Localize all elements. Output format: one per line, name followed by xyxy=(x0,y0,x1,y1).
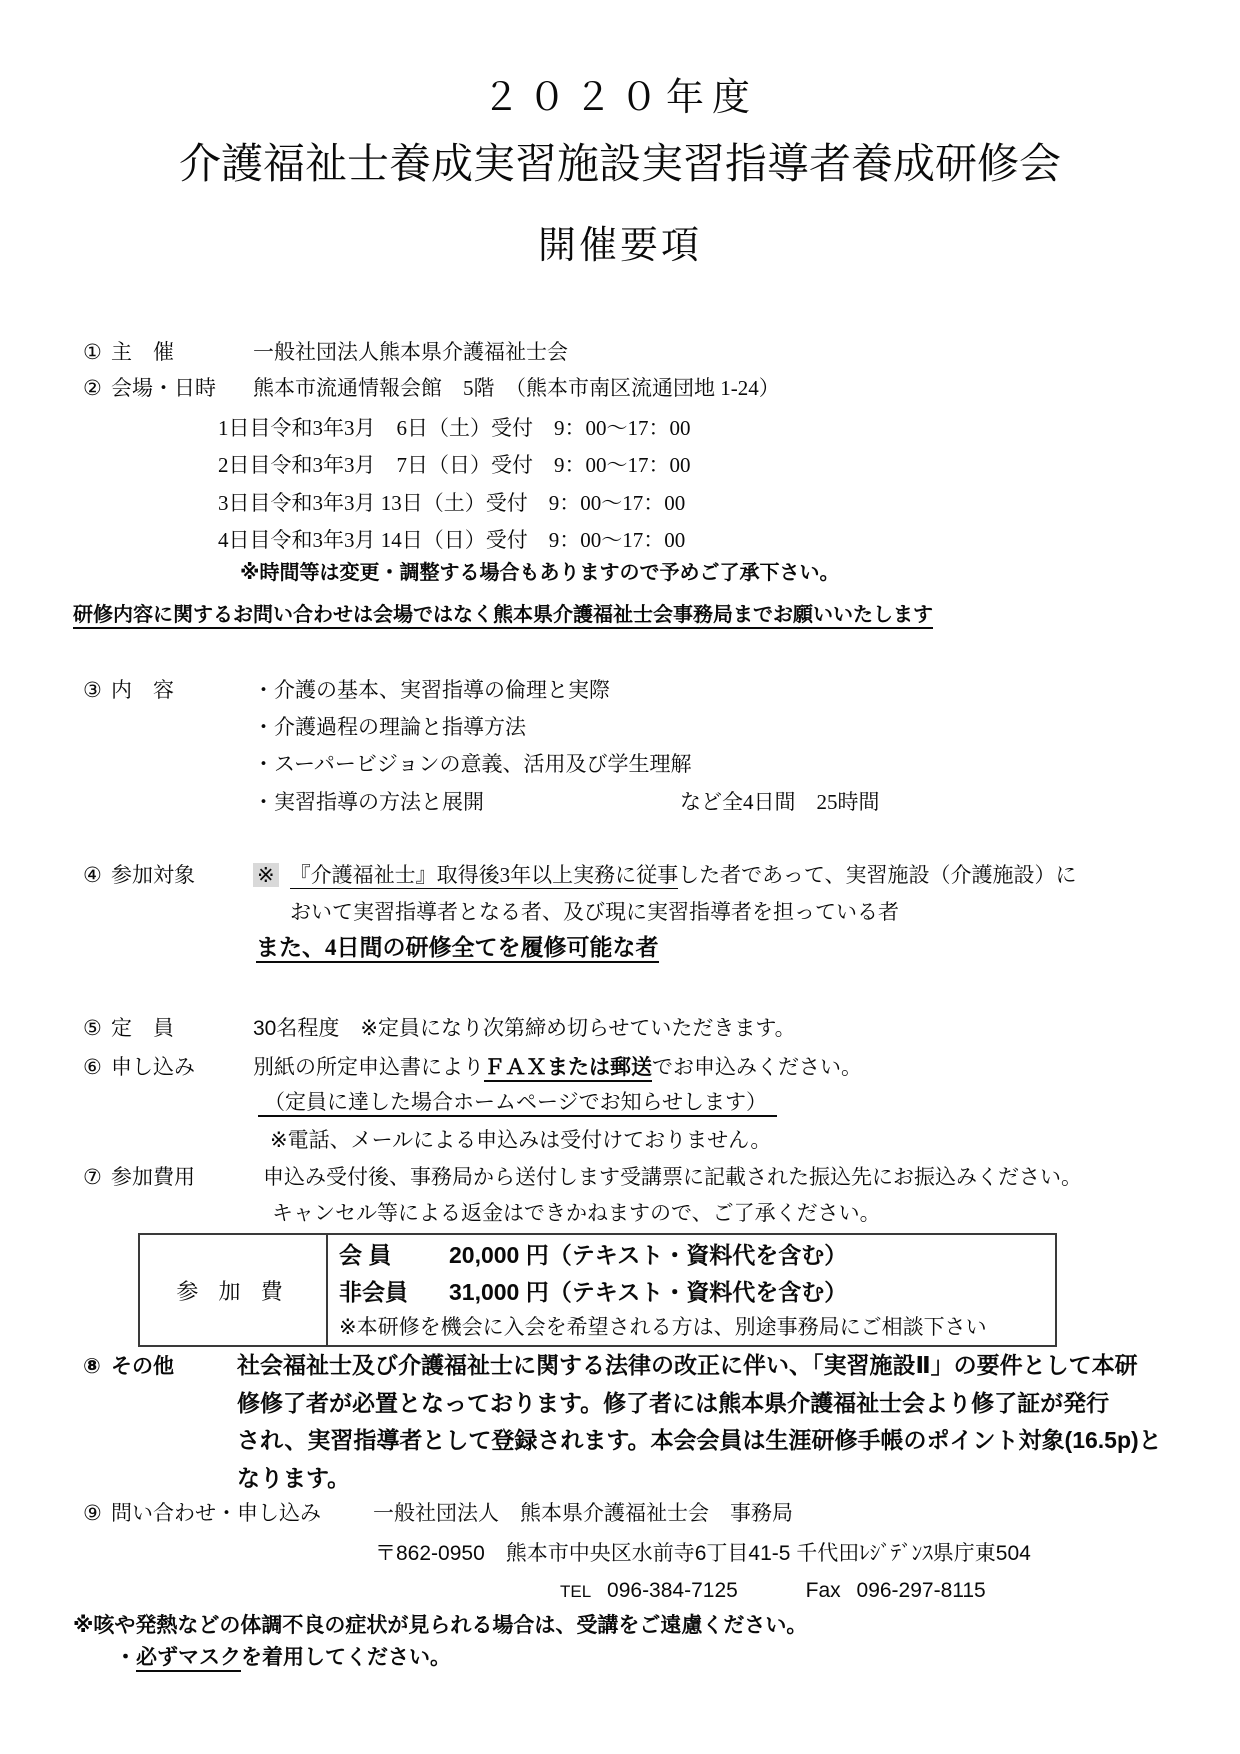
title-year: ２０２０年度 xyxy=(0,85,1240,112)
inquiry-number: ⑨ xyxy=(83,1500,111,1527)
schedule-note: ※時間等は変更・調整する場合もありますので予めご了承下さい。 xyxy=(240,560,839,587)
other-line4: なります。 xyxy=(237,1465,350,1492)
date-line-4: 4日目令和3年3月 14日（日）受付 9：00～17：00 xyxy=(218,527,685,554)
date-line-1: 1日目令和3年3月 6日（土）受付 9：00～17：00 xyxy=(218,415,691,442)
eligibility-line3-text: また、4日間の研修全てを履修可能な者 xyxy=(256,935,659,963)
fee-number: ⑦ xyxy=(83,1164,111,1191)
health-note: ※咳や発熱などの体調不良の症状が見られる場合は、受講をご遠慮ください。 xyxy=(73,1612,807,1639)
document-page: ２０２０年度 介護福祉士養成実習施設実習指導者養成研修会 開催要項 ①主 催一般… xyxy=(0,0,1240,1754)
fee-table-header: 参 加 費 xyxy=(140,1235,328,1345)
venue-number: ② xyxy=(83,375,111,402)
contact-notice-text: 研修内容に関するお問い合わせは会場ではなく熊本県介護福祉士会事務局までお願いいた… xyxy=(73,604,933,629)
host-number: ① xyxy=(83,339,111,366)
fee-row: ⑦参加費用申込み受付後、事務局から送付します受講票に記載された振込先にお振込みく… xyxy=(83,1164,1082,1191)
contact-notice: 研修内容に関するお問い合わせは会場ではなく熊本県介護福祉士会事務局までお願いいた… xyxy=(73,602,933,629)
application-row: ⑥申し込み別紙の所定申込書によりＦＡＸまたは郵送でお申込みください。 xyxy=(83,1054,862,1081)
other-number: ⑧ xyxy=(83,1353,111,1380)
other-line1: 社会福祉士及び介護福祉士に関する法律の改正に伴い、「実習施設Ⅱ」の要件として本研 xyxy=(237,1352,1138,1378)
mask-note: ・必ずマスクを着用してください。 xyxy=(115,1644,451,1671)
application-line2: （定員に達した場合ホームページでお知らせします） xyxy=(258,1089,777,1116)
fax-number: 096-297-8115 xyxy=(857,1579,986,1602)
venue-label: 会場・日時 xyxy=(111,375,253,402)
contents-label: 内 容 xyxy=(111,677,253,704)
fee-member-type: 会 員 xyxy=(339,1237,449,1274)
mask-note-underlined: 必ずマスク xyxy=(136,1646,241,1672)
fee-label: 参加費用 xyxy=(111,1164,263,1191)
venue-value: 熊本市流通情報会館 5階 （熊本市南区流通団地 1-24） xyxy=(253,376,780,400)
contents-item-1: ・介護の基本、実習指導の倫理と実際 xyxy=(253,678,610,702)
eligibility-line2: おいて実習指導者となる者、及び現に実習指導者を担っている者 xyxy=(290,899,899,926)
contents-row: ③内 容・介護の基本、実習指導の倫理と実際 xyxy=(83,677,610,704)
inquiry-address: 〒862-0950 熊本市中央区水前寺6丁目41-5 千代田ﾚｼﾞﾃﾞﾝｽ県庁東… xyxy=(375,1540,1031,1567)
fee-table-row-nonmember: 非会員31,000 円（テキスト・資料代を含む） xyxy=(339,1274,1055,1311)
application-number: ⑥ xyxy=(83,1054,111,1081)
tel-label: TEL xyxy=(560,1582,591,1601)
application-line3: ※電話、メールによる申込みは受付けておりません。 xyxy=(270,1127,771,1154)
eligibility-mark: ※ xyxy=(253,863,279,887)
application-label: 申し込み xyxy=(111,1054,253,1081)
title-sub: 開催要項 xyxy=(0,233,1240,260)
inquiry-org: 一般社団法人 熊本県介護福祉士会 事務局 xyxy=(373,1502,793,1525)
inquiry-row: ⑨問い合わせ・申し込み一般社団法人 熊本県介護福祉士会 事務局 xyxy=(83,1500,793,1527)
inquiry-phone-row: TEL 096-384-7125 Fax 096-297-8115 xyxy=(560,1577,986,1605)
host-label: 主 催 xyxy=(111,339,253,366)
tel-number: 096-384-7125 xyxy=(607,1579,738,1602)
eligibility-underlined: 『介護福祉士』取得後3年以上実務に従事 xyxy=(290,863,679,889)
application-line1-underlined: ＦＡＸまたは郵送 xyxy=(484,1056,652,1082)
fee-nonmember-amount: 31,000 円（テキスト・資料代を含む） xyxy=(449,1279,847,1305)
application-line1-pre: 別紙の所定申込書により xyxy=(253,1056,484,1079)
mask-note-rest: を着用してください。 xyxy=(241,1646,451,1669)
fee-table: 参 加 費 会 員20,000 円（テキスト・資料代を含む） 非会員31,000… xyxy=(138,1233,1057,1347)
host-value: 一般社団法人熊本県介護福祉士会 xyxy=(253,340,568,364)
capacity-value: 30名程度 ※定員になり次第締め切らせていただきます。 xyxy=(253,1017,796,1040)
fee-line1: 申込み受付後、事務局から送付します受講票に記載された振込先にお振込みください。 xyxy=(263,1166,1082,1189)
fax-label: Fax xyxy=(806,1579,841,1602)
other-row: ⑧その他社会福祉士及び介護福祉士に関する法律の改正に伴い、「実習施設Ⅱ」の要件と… xyxy=(83,1352,1138,1380)
fee-table-body: 会 員20,000 円（テキスト・資料代を含む） 非会員31,000 円（テキス… xyxy=(328,1235,1055,1345)
fee-nonmember-type: 非会員 xyxy=(339,1274,449,1311)
contents-item-2: ・介護過程の理論と指導方法 xyxy=(253,714,526,741)
fee-table-note: ※本研修を機会に入会を希望される方は、別途事務局にご相談下さい xyxy=(339,1311,1055,1345)
eligibility-row: ④参加対象※『介護福祉士』取得後3年以上実務に従事した者であって、実習施設（介護… xyxy=(83,862,1076,889)
eligibility-number: ④ xyxy=(83,862,111,889)
application-line1-post: でお申込みください。 xyxy=(652,1056,862,1079)
fee-line2: キャンセル等による返金はできかねますので、ご了承ください。 xyxy=(272,1200,881,1227)
date-line-2: 2日目令和3年3月 7日（日）受付 9：00～17：00 xyxy=(218,452,691,479)
other-line2: 修修了者が必置となっております。修了者には熊本県介護福祉士会より修了証が発行 xyxy=(237,1390,1109,1417)
date-line-3: 3日目令和3年3月 13日（土）受付 9：00～17：00 xyxy=(218,490,685,517)
inquiry-label: 問い合わせ・申し込み xyxy=(111,1500,373,1527)
contents-item-3: ・スーパービジョンの意義、活用及び学生理解 xyxy=(253,751,691,778)
contents-total: など全4日間 25時間 xyxy=(680,789,880,816)
eligibility-line1-rest: した者であって、実習施設（介護施設）に xyxy=(678,863,1076,887)
application-line2-text: （定員に達した場合ホームページでお知らせします） xyxy=(258,1091,777,1117)
venue-row: ②会場・日時熊本市流通情報会館 5階 （熊本市南区流通団地 1-24） xyxy=(83,375,780,402)
other-line3: され、実習指導者として登録されます。本会会員は生涯研修手帳のポイント対象(16.… xyxy=(237,1427,1162,1454)
host-row: ①主 催一般社団法人熊本県介護福祉士会 xyxy=(83,339,568,366)
eligibility-label: 参加対象 xyxy=(111,862,253,889)
contents-number: ③ xyxy=(83,677,111,704)
title-main: 介護福祉士養成実習施設実習指導者養成研修会 xyxy=(0,150,1240,177)
eligibility-line3: また、4日間の研修全てを履修可能な者 xyxy=(256,934,659,961)
mask-note-bullet: ・ xyxy=(115,1646,136,1669)
capacity-number: ⑤ xyxy=(83,1015,111,1042)
contents-item-4: ・実習指導の方法と展開 xyxy=(253,789,484,816)
fee-table-row-member: 会 員20,000 円（テキスト・資料代を含む） xyxy=(339,1237,1055,1274)
capacity-label: 定 員 xyxy=(111,1015,253,1042)
other-label: その他 xyxy=(111,1353,237,1380)
fee-member-amount: 20,000 円（テキスト・資料代を含む） xyxy=(449,1242,847,1268)
capacity-row: ⑤定 員30名程度 ※定員になり次第締め切らせていただきます。 xyxy=(83,1015,796,1042)
